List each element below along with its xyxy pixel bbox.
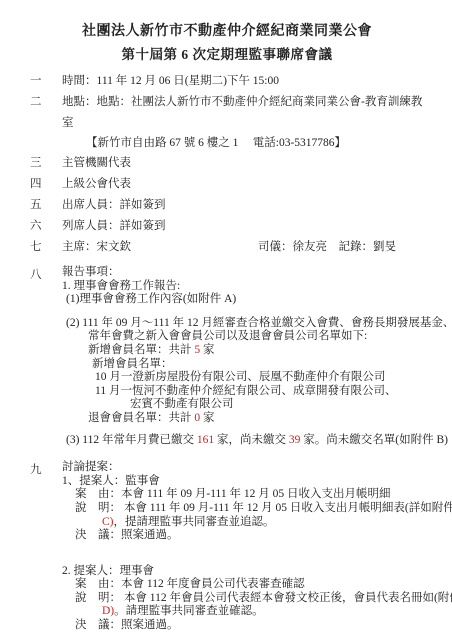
case1-proposer: 1、提案人：監事會: [62, 475, 452, 489]
case2-desc1: 說 明： 本會 112 年會員公司代表經本會發文校正後，會員代表名冊如(附件: [75, 592, 452, 606]
info-row-attendees: 五 出席人員：詳如簽到: [30, 195, 424, 216]
case1-desc2: C)，提請理監事共同審查並追認。: [102, 516, 452, 530]
item-number: 四: [30, 174, 62, 195]
case1-resolution: 決 議：照案通過。: [75, 529, 452, 543]
new-count-post: 家: [200, 344, 214, 356]
item-number: 六: [30, 216, 62, 237]
case2-desc2: D)。請理監事共同審查並確認。: [102, 605, 452, 619]
section-reports-body: 報告事項： 1. 理事會會務工作報告: (1)理事會會務工作內容(如附件 A) …: [62, 266, 452, 447]
case1-desc2-text: ，提請理監事共同審查並追認。: [114, 516, 275, 528]
info-list: 一 時間：111 年 12 月 06 日(星期二)下午 15:00 二 地點：地…: [30, 71, 424, 258]
report-item2-line6: 11 月一恆河不動產仲介經紀有限公司、成章開發有限公司、: [95, 385, 452, 399]
item-text: 地點：地點：社團法人新竹市不動產仲介經紀商業同業公會-教育訓練教室 【新竹市自由…: [62, 92, 424, 153]
section-discussion-row: 九 討論提案： 1、提案人：監事會 案 由：本會 111 年 09 月-111 …: [30, 461, 424, 633]
item-text: 列席人員：詳如簽到: [62, 216, 424, 237]
section-reports-row: 八 報告事項： 1. 理事會會務工作報告: (1)理事會會務工作內容(如附件 A…: [30, 266, 424, 447]
item-text: 上級公會代表: [62, 174, 424, 195]
case2-subject: 案 由：本會 112 年度會員公司代表審查確認: [75, 578, 452, 592]
report-item1-label: 1. 理事會會務工作報告:: [62, 280, 452, 294]
item3-pre: (3) 112 年常年月費已繳交: [66, 434, 197, 446]
item-number: 七: [30, 237, 62, 258]
report-item2-line1: (2) 111 年 09 月～111 年 12 月經審查合格並繳交入會費、會務長…: [66, 317, 452, 331]
item-number: 三: [30, 153, 62, 174]
org-title: 社團法人新竹市不動產仲介經紀商業同業公會: [30, 20, 424, 43]
section-reports: 八 報告事項： 1. 理事會會務工作報告: (1)理事會會務工作內容(如附件 A…: [30, 266, 424, 447]
case1-desc1: 說 明： 本會 111 年 09 月-111 年 12 月 05 日收入支出月帳…: [75, 502, 452, 516]
info-row-observers: 六 列席人員：詳如簽到: [30, 216, 424, 237]
info-row-upper-assoc: 四 上級公會代表: [30, 174, 424, 195]
spacer: [62, 307, 452, 317]
location-text: 地點：地點：社團法人新竹市不動產仲介經紀商業同業公會-教育訓練教室: [62, 96, 422, 129]
meeting-title: 第十屆第 6 次定期理監事聯席會議: [30, 43, 424, 66]
case2-resolution: 決 議：照案通過。: [75, 619, 452, 633]
info-row-location: 二 地點：地點：社團法人新竹市不動產仲介經紀商業同業公會-教育訓練教室 【新竹市…: [30, 92, 424, 153]
discussion-heading: 討論提案：: [62, 461, 452, 475]
report-item3: (3) 112 年常年月費已繳交 161 家，尚未繳交 39 家。尚未繳交名單(…: [66, 434, 452, 448]
reports-heading: 報告事項：: [62, 266, 452, 280]
item3-paid-count: 161: [197, 434, 214, 446]
report-item1-sub1: (1)理事會會務工作內容(如附件 A): [66, 293, 452, 307]
mc-recorder-text: 司儀：徐友亮 記錄：劉旻: [258, 237, 396, 258]
section-discussion-body: 討論提案： 1、提案人：監事會 案 由：本會 111 年 09 月-111 年 …: [62, 461, 452, 633]
location-address: 【新竹市自由路 67 號 6 樓之 1 電話:03-5317786】: [86, 134, 424, 153]
section-number: 八: [30, 266, 62, 447]
info-row-time: 一 時間：111 年 12 月 06 日(星期二)下午 15:00: [30, 71, 424, 92]
report-item2-quit-count: 退會會員名單：共計 0 家: [88, 412, 452, 426]
report-item2-line2: 常年會費之新入會會員公司以及退會會員公司名單如下:: [88, 330, 452, 344]
item3-mid: 家，尚未繳交: [214, 434, 289, 446]
case1-attachment-ref: C): [102, 516, 114, 528]
section-discussion: 九 討論提案： 1、提案人：監事會 案 由：本會 111 年 09 月-111 …: [30, 461, 424, 633]
item-number: 一: [30, 71, 62, 92]
report-item2-line7: 宏賓不動產有限公司: [130, 398, 452, 412]
case-2: 2. 提案人：理事會 案 由：本會 112 年度會員公司代表審查確認 說 明： …: [62, 565, 452, 633]
new-count-pre: 新增會員名單：共計: [88, 344, 194, 356]
item-text: 出席人員：詳如簽到: [62, 195, 424, 216]
info-row-chairman: 七 主席：宋文欽 司儀：徐友亮 記錄：劉旻: [30, 237, 424, 258]
case2-attachment-ref: D): [102, 605, 114, 617]
section-number: 九: [30, 461, 62, 633]
case-1: 1、提案人：監事會 案 由：本會 111 年 09 月-111 年 12 月 0…: [62, 475, 452, 543]
item3-post: 家。尚未繳交名單(如附件 B): [300, 434, 448, 446]
report-item2-new-count: 新增會員名單：共計 5 家: [88, 344, 452, 358]
report-item2-line4: 新增會員名單：: [92, 358, 452, 372]
report-item2-line5: 10 月一澄新房屋股份有限公司、辰凰不動產仲介有限公司: [95, 371, 452, 385]
item-text: 時間：111 年 12 月 06 日(星期二)下午 15:00: [62, 71, 424, 92]
quit-count-post: 家: [200, 412, 214, 424]
item3-unpaid-count: 39: [289, 434, 301, 446]
case2-desc2-text: 。請理監事共同審查並確認。: [114, 605, 264, 617]
item-number: 五: [30, 195, 62, 216]
document-page: 社團法人新竹市不動產仲介經紀商業同業公會 第十屆第 6 次定期理監事聯席會議 一…: [0, 0, 452, 640]
info-row-authority: 三 主管機關代表: [30, 153, 424, 174]
case1-subject: 案 由：本會 111 年 09 月-111 年 12 月 05 日收入支出月帳明…: [75, 488, 452, 502]
spacer: [62, 426, 452, 434]
quit-count-pre: 退會會員名單：共計: [88, 412, 194, 424]
case2-proposer: 2. 提案人：理事會: [62, 565, 452, 579]
item-text: 主管機關代表: [62, 153, 424, 174]
item-number: 二: [30, 92, 62, 153]
